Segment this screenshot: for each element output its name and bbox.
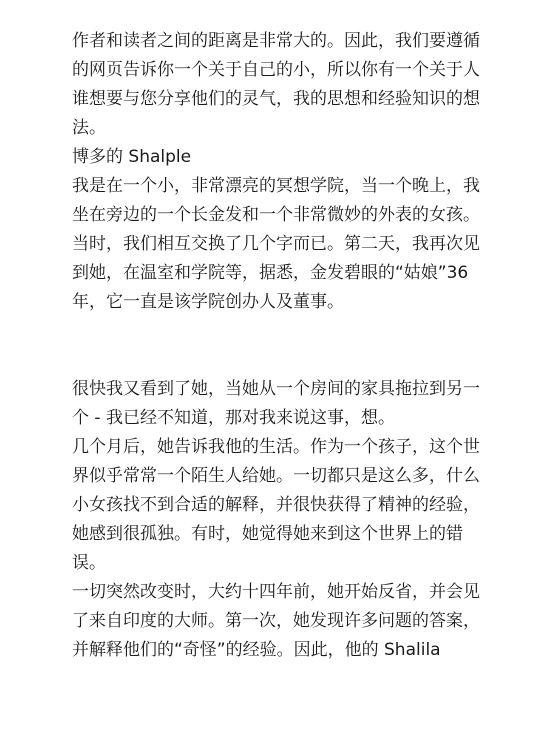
article-body: 作者和读者之间的距离是非常大的。因此，我们要遵循的网页告诉你一个关于自己的小，所… bbox=[72, 27, 484, 665]
story-paragraph: 几个月后，她告诉我他的生活。作为一个孩子，这个世界似乎常常一个陌生人给她。一切都… bbox=[72, 433, 484, 578]
paragraph-spacer bbox=[72, 317, 484, 375]
story-paragraph: 我是在一个小，非常漂亮的冥想学院，当一个晚上，我坐在旁边的一个长金发和一个非常微… bbox=[72, 172, 484, 317]
section-heading: 博多的 Shalple bbox=[72, 143, 484, 172]
story-paragraph: 很快我又看到了她，当她从一个房间的家具拖拉到另一个 - 我已经不知道，那对我来说… bbox=[72, 375, 484, 433]
intro-paragraph: 作者和读者之间的距离是非常大的。因此，我们要遵循的网页告诉你一个关于自己的小，所… bbox=[72, 27, 484, 143]
story-paragraph: 一切突然改变时，大约十四年前，她开始反省，并会见了来自印度的大师。第一次，她发现… bbox=[72, 578, 484, 665]
